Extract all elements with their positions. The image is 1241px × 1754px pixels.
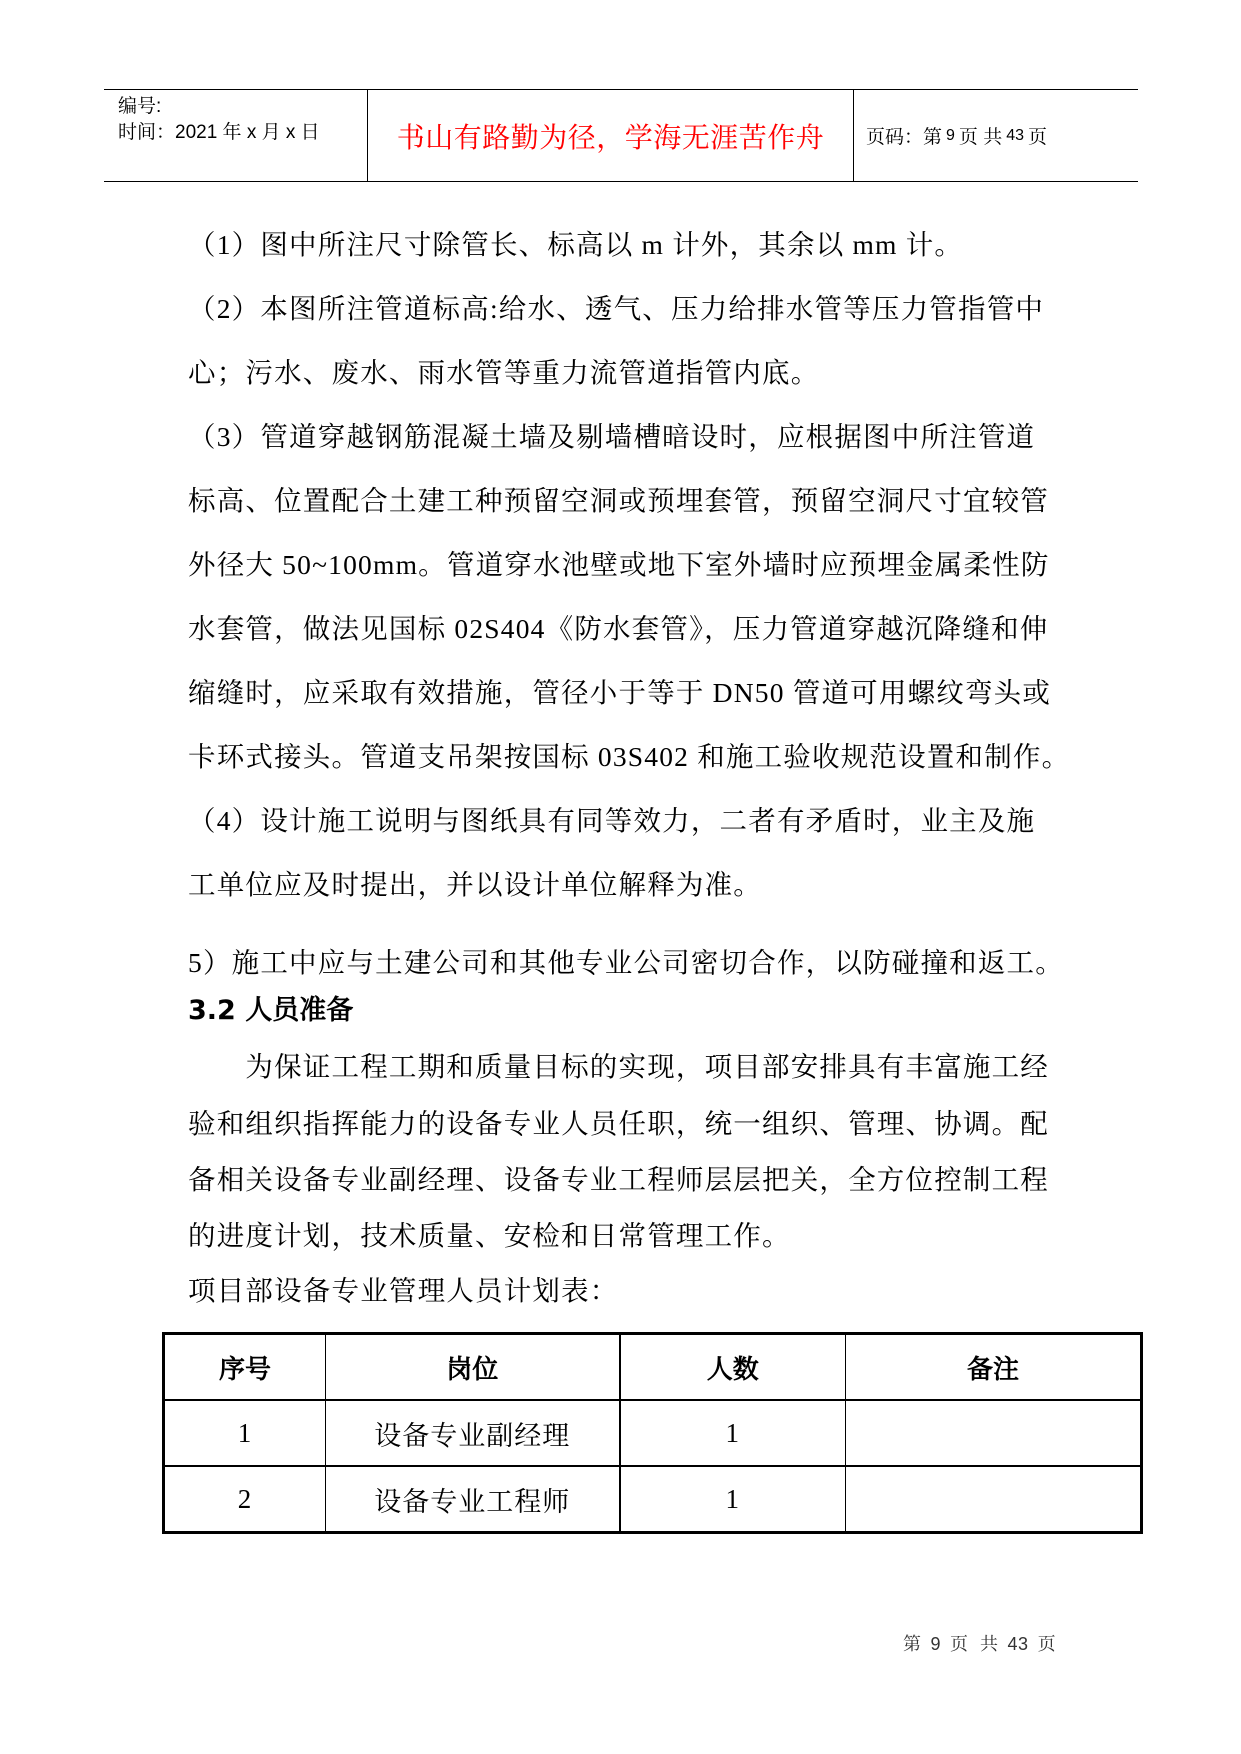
body-line: 水套管，做法见国标 02S404《防水套管》，压力管道穿越沉降缝和伸 bbox=[188, 612, 1048, 646]
document-header: 编号: 时间：2021 年 x 月 x 日 书山有路勤为径，学海无涯苦作舟 页码… bbox=[104, 89, 1138, 182]
section-line: 的进度计划，技术质量、安检和日常管理工作。 bbox=[188, 1219, 791, 1253]
body-line: （1）图中所注尺寸除管长、标高以 m 计外，其余以 mm 计。 bbox=[188, 228, 963, 262]
page-footer: 第9页 共43页 bbox=[903, 1630, 1065, 1656]
header-page-suffix: 页 bbox=[1028, 122, 1047, 149]
body-line: （4）设计施工说明与图纸具有同等效力，二者有矛盾时，业主及施 bbox=[188, 804, 1035, 838]
table-cell-remark bbox=[846, 1466, 1142, 1533]
table-header-cell: 备注 bbox=[846, 1334, 1142, 1401]
section-line: 验和组织指挥能力的设备专业人员任职，统一组织、管理、协调。配 bbox=[188, 1107, 1049, 1141]
table-caption: 项目部设备专业管理人员计划表： bbox=[188, 1274, 619, 1308]
header-page-total: 43 bbox=[1006, 127, 1024, 145]
table-header-cell: 人数 bbox=[620, 1334, 846, 1401]
document-date: 时间：2021 年 x 月 x 日 bbox=[118, 120, 367, 146]
body-line: （2）本图所注管道标高:给水、透气、压力给排水管等压力管指管中 bbox=[188, 292, 1044, 326]
table-cell-index: 2 bbox=[164, 1466, 326, 1533]
body-line: 心；污水、废水、雨水管等重力流管道指管内底。 bbox=[188, 356, 819, 390]
section-heading: 3.2 人员准备 bbox=[188, 994, 353, 1028]
table-cell-position: 设备专业副经理 bbox=[326, 1400, 620, 1466]
body-line: 5）施工中应与土建公司和其他专业公司密切合作，以防碰撞和返工。 bbox=[188, 946, 1064, 980]
footer-page-total: 43 bbox=[1008, 1634, 1029, 1654]
table-cell-count: 1 bbox=[620, 1466, 846, 1533]
footer-page-current: 9 bbox=[931, 1634, 942, 1654]
header-motto: 书山有路勤为径，学海无涯苦作舟 bbox=[368, 90, 854, 181]
table-cell-count: 1 bbox=[620, 1400, 846, 1466]
table-row: 1 设备专业副经理 1 bbox=[164, 1400, 1142, 1466]
body-line: 工单位应及时提出，并以设计单位解释为准。 bbox=[188, 868, 762, 902]
staff-plan-table: 序号 岗位 人数 备注 1 设备专业副经理 1 2 设备专业工程师 1 bbox=[162, 1332, 1143, 1534]
body-line: 外径大 50~100mm。管道穿水池壁或地下室外墙时应预埋金属柔性防 bbox=[188, 548, 1050, 582]
footer-suffix: 页 bbox=[1038, 1634, 1057, 1654]
table-cell-index: 1 bbox=[164, 1400, 326, 1466]
table-header-cell: 岗位 bbox=[326, 1334, 620, 1401]
body-line: 卡环式接头。管道支吊架按国标 03S402 和施工验收规范设置和制作。 bbox=[188, 740, 1070, 774]
footer-prefix: 第 bbox=[903, 1634, 922, 1654]
body-line: 缩缝时，应采取有效措施，管径小于等于 DN50 管道可用螺纹弯头或 bbox=[188, 676, 1051, 710]
document-number-label: 编号: bbox=[118, 94, 367, 120]
body-line: （3）管道穿越钢筋混凝土墙及剔墙槽暗设时，应根据图中所注管道 bbox=[188, 420, 1035, 454]
header-page-mid: 页 共 bbox=[959, 122, 1002, 149]
body-line: 标高、位置配合土建工种预留空洞或预埋套管，预留空洞尺寸宜较管 bbox=[188, 484, 1049, 518]
table-header-cell: 序号 bbox=[164, 1334, 326, 1401]
table-header-row: 序号 岗位 人数 备注 bbox=[164, 1334, 1142, 1401]
header-page-label: 页码：第 bbox=[866, 122, 942, 149]
table-row: 2 设备专业工程师 1 bbox=[164, 1466, 1142, 1533]
section-line: 备相关设备专业副经理、设备专业工程师层层把关，全方位控制工程 bbox=[188, 1163, 1049, 1197]
table-cell-position: 设备专业工程师 bbox=[326, 1466, 620, 1533]
section-line: 为保证工程工期和质量目标的实现，项目部安排具有丰富施工经 bbox=[188, 1050, 1049, 1084]
header-meta: 编号: 时间：2021 年 x 月 x 日 bbox=[104, 90, 368, 181]
header-page-current: 9 bbox=[946, 127, 955, 145]
table-cell-remark bbox=[846, 1400, 1142, 1466]
footer-mid: 页 共 bbox=[950, 1634, 999, 1654]
header-page-info: 页码：第 9 页 共 43 页 bbox=[854, 90, 1138, 181]
